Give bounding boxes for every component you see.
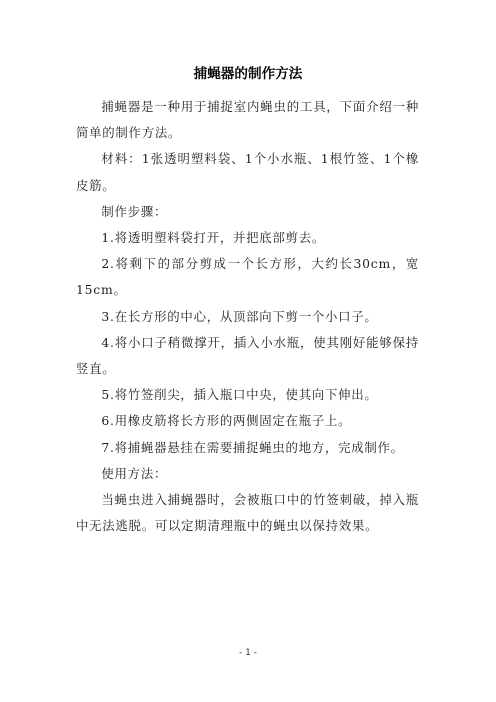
paragraph-steps-heading: 制作步骤： xyxy=(76,199,419,225)
paragraph-step-2: 2.将剩下的部分剪成一个长方形，大约长30cm，宽15cm。 xyxy=(76,251,419,303)
page-number: - 1 - xyxy=(0,646,496,660)
paragraph-usage-heading: 使用方法： xyxy=(76,461,419,487)
paragraph-step-1: 1.将透明塑料袋打开，并把底部剪去。 xyxy=(76,225,419,251)
paragraph-step-4: 4.将小口子稍微撑开，插入小水瓶，使其刚好能够保持竖直。 xyxy=(76,330,419,382)
paragraph-step-3: 3.在长方形的中心，从顶部向下剪一个小口子。 xyxy=(76,304,419,330)
document-page: 捕蝇器的制作方法 捕蝇器是一种用于捕捉室内蝇虫的工具，下面介绍一种简单的制作方法… xyxy=(0,0,496,702)
paragraph-step-7: 7.将捕蝇器悬挂在需要捕捉蝇虫的地方，完成制作。 xyxy=(76,435,419,461)
paragraph-intro: 捕蝇器是一种用于捕捉室内蝇虫的工具，下面介绍一种简单的制作方法。 xyxy=(76,94,419,146)
document-body: 捕蝇器是一种用于捕捉室内蝇虫的工具，下面介绍一种简单的制作方法。 材料：1张透明… xyxy=(76,94,419,539)
paragraph-materials: 材料：1张透明塑料袋、1个小水瓶、1根竹签、1个橡皮筋。 xyxy=(76,146,419,198)
paragraph-step-5: 5.将竹签削尖，插入瓶口中央，使其向下伸出。 xyxy=(76,382,419,408)
document-title: 捕蝇器的制作方法 xyxy=(0,64,496,84)
paragraph-step-6: 6.用橡皮筋将长方形的两侧固定在瓶子上。 xyxy=(76,408,419,434)
paragraph-usage: 当蝇虫进入捕蝇器时，会被瓶口中的竹签刺破，掉入瓶中无法逃脱。可以定期清理瓶中的蝇… xyxy=(76,487,419,539)
